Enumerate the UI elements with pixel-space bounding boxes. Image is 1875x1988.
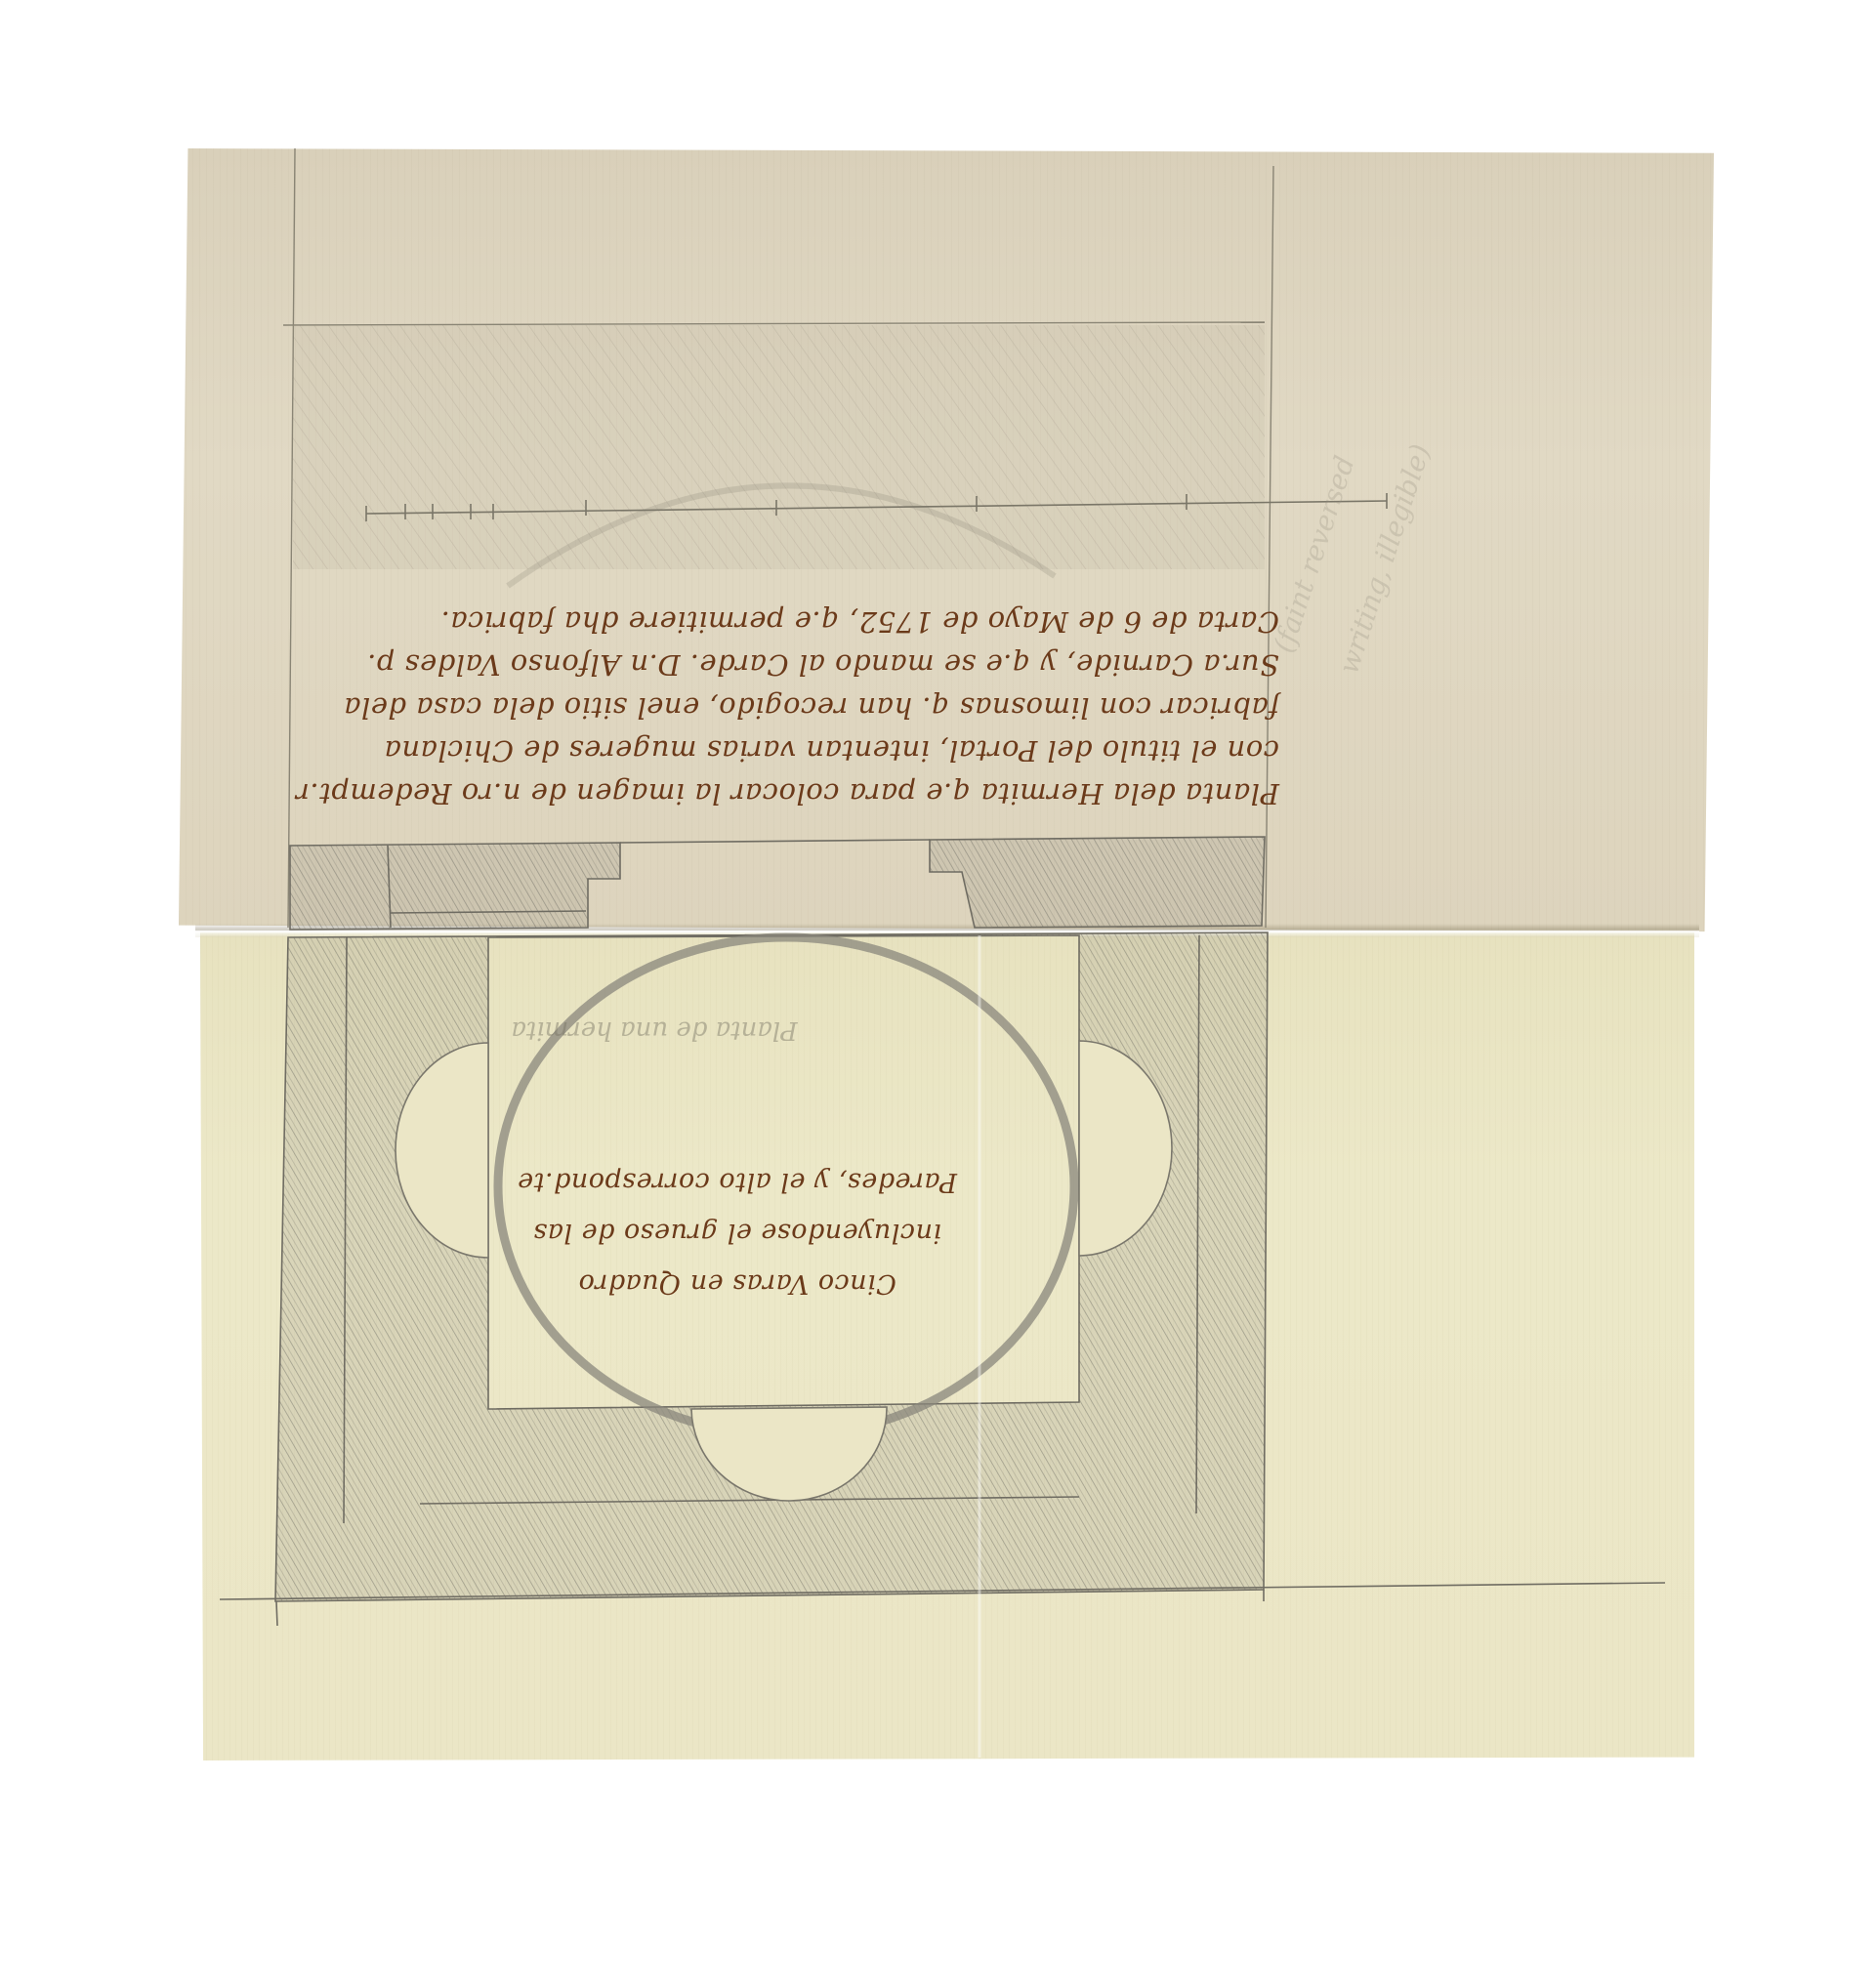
pencil-annotation: Planta de una hermita bbox=[488, 1006, 820, 1045]
upper-caption-text: Planta dela Hermita q.e para colocar la … bbox=[293, 591, 1279, 815]
pencil-floor-plan-drawing bbox=[0, 0, 1875, 1988]
caption-line: Planta dela Hermita q.e para colocar la … bbox=[293, 772, 1279, 815]
caption-line: fabricar con limosnas q. han recogido, e… bbox=[293, 686, 1279, 729]
plan-dimension-inscription: Cinco Varas en Quadro incluyendose el gr… bbox=[518, 1113, 957, 1308]
caption-line: Carta de 6 de Mayo de 1752, q.e permitie… bbox=[293, 601, 1279, 643]
photo-stage: Planta dela Hermita q.e para colocar la … bbox=[0, 0, 1875, 1988]
inscription-line: Cinco Varas en Quadro bbox=[518, 1258, 957, 1308]
upper-faint-shaded-area bbox=[293, 325, 1265, 569]
upper-wall-blocks bbox=[290, 837, 1265, 930]
caption-line: Sur.a Carnide, y q.e se mando al Carde. … bbox=[293, 643, 1279, 686]
inscription-line: Paredes, y el alto correspond.te bbox=[518, 1156, 957, 1207]
inscription-line: incluyendose el grueso de las bbox=[518, 1207, 957, 1258]
caption-line: con el titulo del Portal, intentan varia… bbox=[293, 729, 1279, 772]
